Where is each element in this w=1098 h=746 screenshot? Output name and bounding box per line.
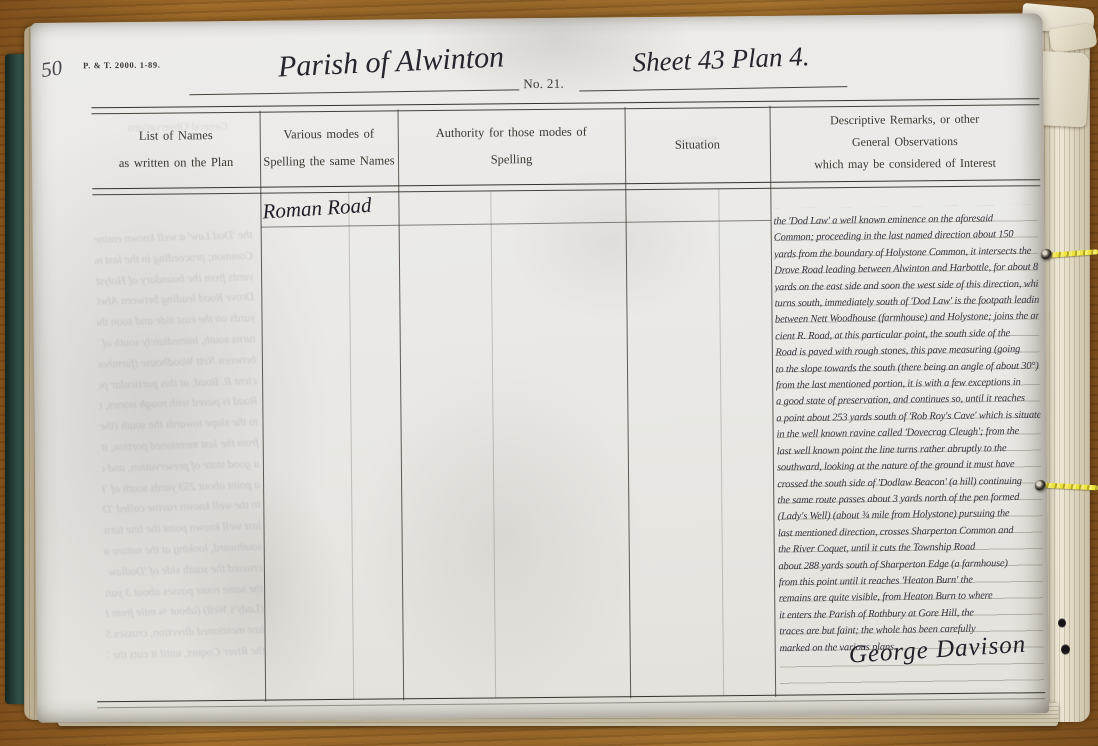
header-line: Various modes of — [283, 121, 374, 149]
parish-title: Parish of Alwinton — [240, 39, 541, 86]
entry-remarks: the 'Dod Law' a well known eminence on t… — [773, 205, 1044, 685]
number-label: No. 21. — [523, 76, 564, 92]
header-line: General Observations — [852, 130, 958, 153]
show-through-handwriting: the 'Dod Law' a well known eminence on t… — [94, 225, 265, 666]
ink-blot — [1061, 644, 1070, 655]
entry-name: Roman Road — [262, 193, 372, 225]
header-line: Spelling — [491, 146, 533, 173]
ink-blot — [1058, 618, 1066, 628]
header-line: Authority for those modes of — [436, 119, 587, 147]
sheet-underline — [579, 86, 847, 91]
crease-line — [348, 192, 354, 699]
crease-line — [490, 190, 496, 697]
register-page[interactable]: 50 P. & T. 2000. 1-89. Parish of Alwinto… — [31, 13, 1050, 723]
header-line: as written on the Plan — [119, 149, 234, 177]
table-bottom-rule — [97, 692, 1045, 708]
column-divider — [398, 109, 405, 700]
binding-eyelet — [1035, 480, 1046, 491]
column-header-remarks: Descriptive Remarks, or other General Ob… — [771, 103, 1038, 180]
show-through-print: General Observations — [98, 121, 258, 135]
crease-line — [718, 188, 724, 695]
entry-underline — [261, 220, 771, 228]
header-line: Descriptive Remarks, or other — [830, 108, 979, 131]
column-header-spelling-modes: Various modes of Spelling the same Names — [262, 111, 397, 184]
scanned-register-photo: { "meta": { "document_type": "Ordnance S… — [0, 0, 1098, 746]
parish-underline — [189, 89, 519, 95]
header-line: Spelling the same Names — [263, 147, 394, 175]
page-number: 50 — [39, 55, 63, 83]
form-code: P. & T. 2000. 1-89. — [83, 60, 160, 71]
column-header-authority: Authority for those modes of Spelling — [400, 109, 624, 183]
show-through-print: Spelling — [628, 134, 768, 147]
header-line: which may be considered of Interest — [814, 152, 996, 176]
column-divider — [625, 107, 632, 698]
binding-eyelet — [1041, 249, 1052, 260]
sheet-label: Sheet 43 Plan 4. — [586, 39, 857, 80]
